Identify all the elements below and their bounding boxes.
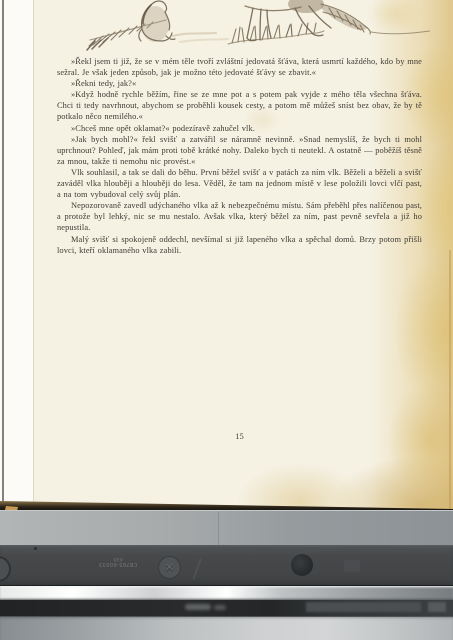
paragraph: Nepozorovaně zavedl udýchaného vlka až k… — [57, 200, 422, 233]
scanner-rail-bar — [0, 545, 453, 586]
silver-glide-rail — [0, 586, 453, 600]
rail-emboss-mark — [344, 560, 360, 572]
molded-part-number: CB765-60033 430 — [84, 556, 152, 567]
paragraph: »Řekni tedy, jak?« — [57, 78, 422, 89]
page-number: 15 — [57, 431, 422, 441]
molded-x-emblem-icon: ✕ — [158, 556, 181, 579]
scanned-book-page-photo: »Řekl jsem ti již, že se v mém těle tvoř… — [0, 0, 453, 640]
page-right-edge-line — [449, 250, 451, 512]
slot-reflection-blob-small — [214, 605, 226, 610]
page-text: »Řekl jsem ti již, že se v mém těle tvoř… — [57, 56, 422, 256]
scanner-base-metal-band — [0, 616, 453, 640]
paragraph: »Chceš mne opět oklamat?« podezíravě zah… — [57, 123, 422, 134]
slot-light-patch-right — [428, 602, 446, 612]
slot-light-patch — [306, 602, 421, 612]
part-number-line1: CB765-60033 — [84, 561, 152, 567]
rail-screw-dot — [34, 547, 37, 550]
page-left-edge-line — [2, 0, 4, 507]
paragraph: »Jak bych mohl?« řekl svišť a zatvářil s… — [57, 134, 422, 167]
scanner-lid-strip — [0, 0, 34, 512]
paragraph: Malý svišť si spokojeně oddechl, nevšíma… — [57, 234, 422, 256]
book-page: »Řekl jsem ti již, že se v mém těle tvoř… — [0, 0, 453, 512]
slot-reflection-blob — [185, 604, 211, 610]
paragraph: Vlk souhlasil, a tak se dali do běhu. Pr… — [57, 167, 422, 200]
scanner-platen-frame — [0, 510, 453, 545]
scanner-bed: CB765-60033 430 ✕ — [0, 510, 453, 640]
paragraph: »Když hodně rychle běžím, řine se ze mne… — [57, 89, 422, 122]
platen-seam-line — [218, 512, 219, 545]
marmot-wolf-sketch-illustration — [85, 0, 430, 56]
rail-roller-circle — [291, 554, 313, 576]
part-number-line2: 430 — [84, 556, 152, 561]
paragraph: »Řekl jsem ti již, že se v mém těle tvoř… — [57, 56, 422, 78]
